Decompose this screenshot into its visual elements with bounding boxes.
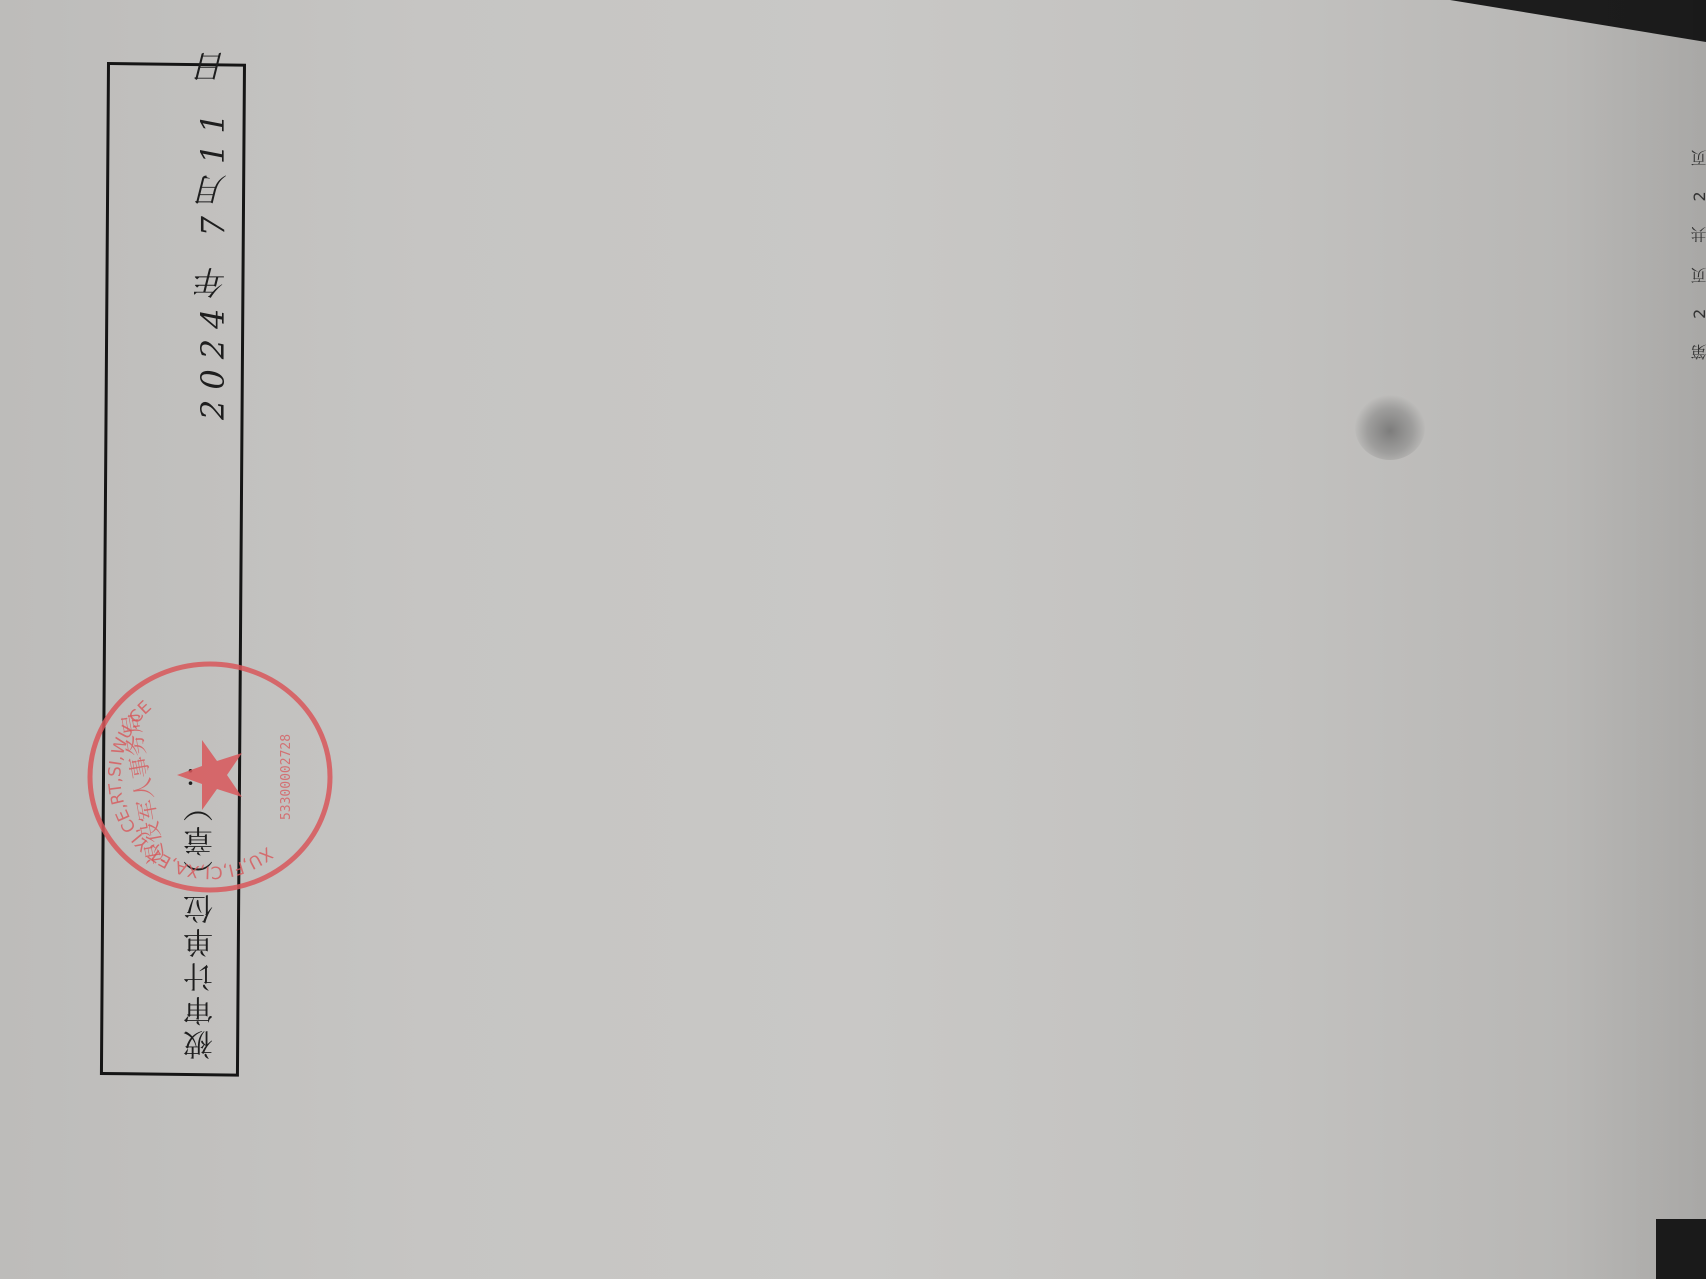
page-footer: 第 2 页 共 2 页 [1688, 140, 1706, 360]
date-day-unit: 日 [194, 41, 232, 83]
svg-text:退役军人事务局: 退役军人事务局 [119, 711, 170, 867]
date-month: 7 [194, 206, 232, 236]
date-month-unit: 月 [194, 164, 232, 206]
svg-text:53300002728: 53300002728 [279, 734, 294, 820]
signature-date: 2024年 7月11 日 [190, 110, 236, 420]
background-corner [1656, 1219, 1706, 1279]
ink-blot [1355, 395, 1425, 460]
date-year-unit: 年 [194, 257, 232, 299]
date-year: 2024 [194, 299, 232, 420]
audited-unit-label: 被审计单位（章）： [180, 880, 224, 1060]
seal-icon: XU,FI,CI,XA,ET,YI,CE,RT,SI,WU,CE 退役军人事务局… [85, 657, 335, 897]
date-day: 11 [194, 103, 232, 164]
official-seal: XU,FI,CI,XA,ET,YI,CE,RT,SI,WU,CE 退役军人事务局… [85, 657, 335, 897]
paper-sheet [0, 0, 1706, 1279]
